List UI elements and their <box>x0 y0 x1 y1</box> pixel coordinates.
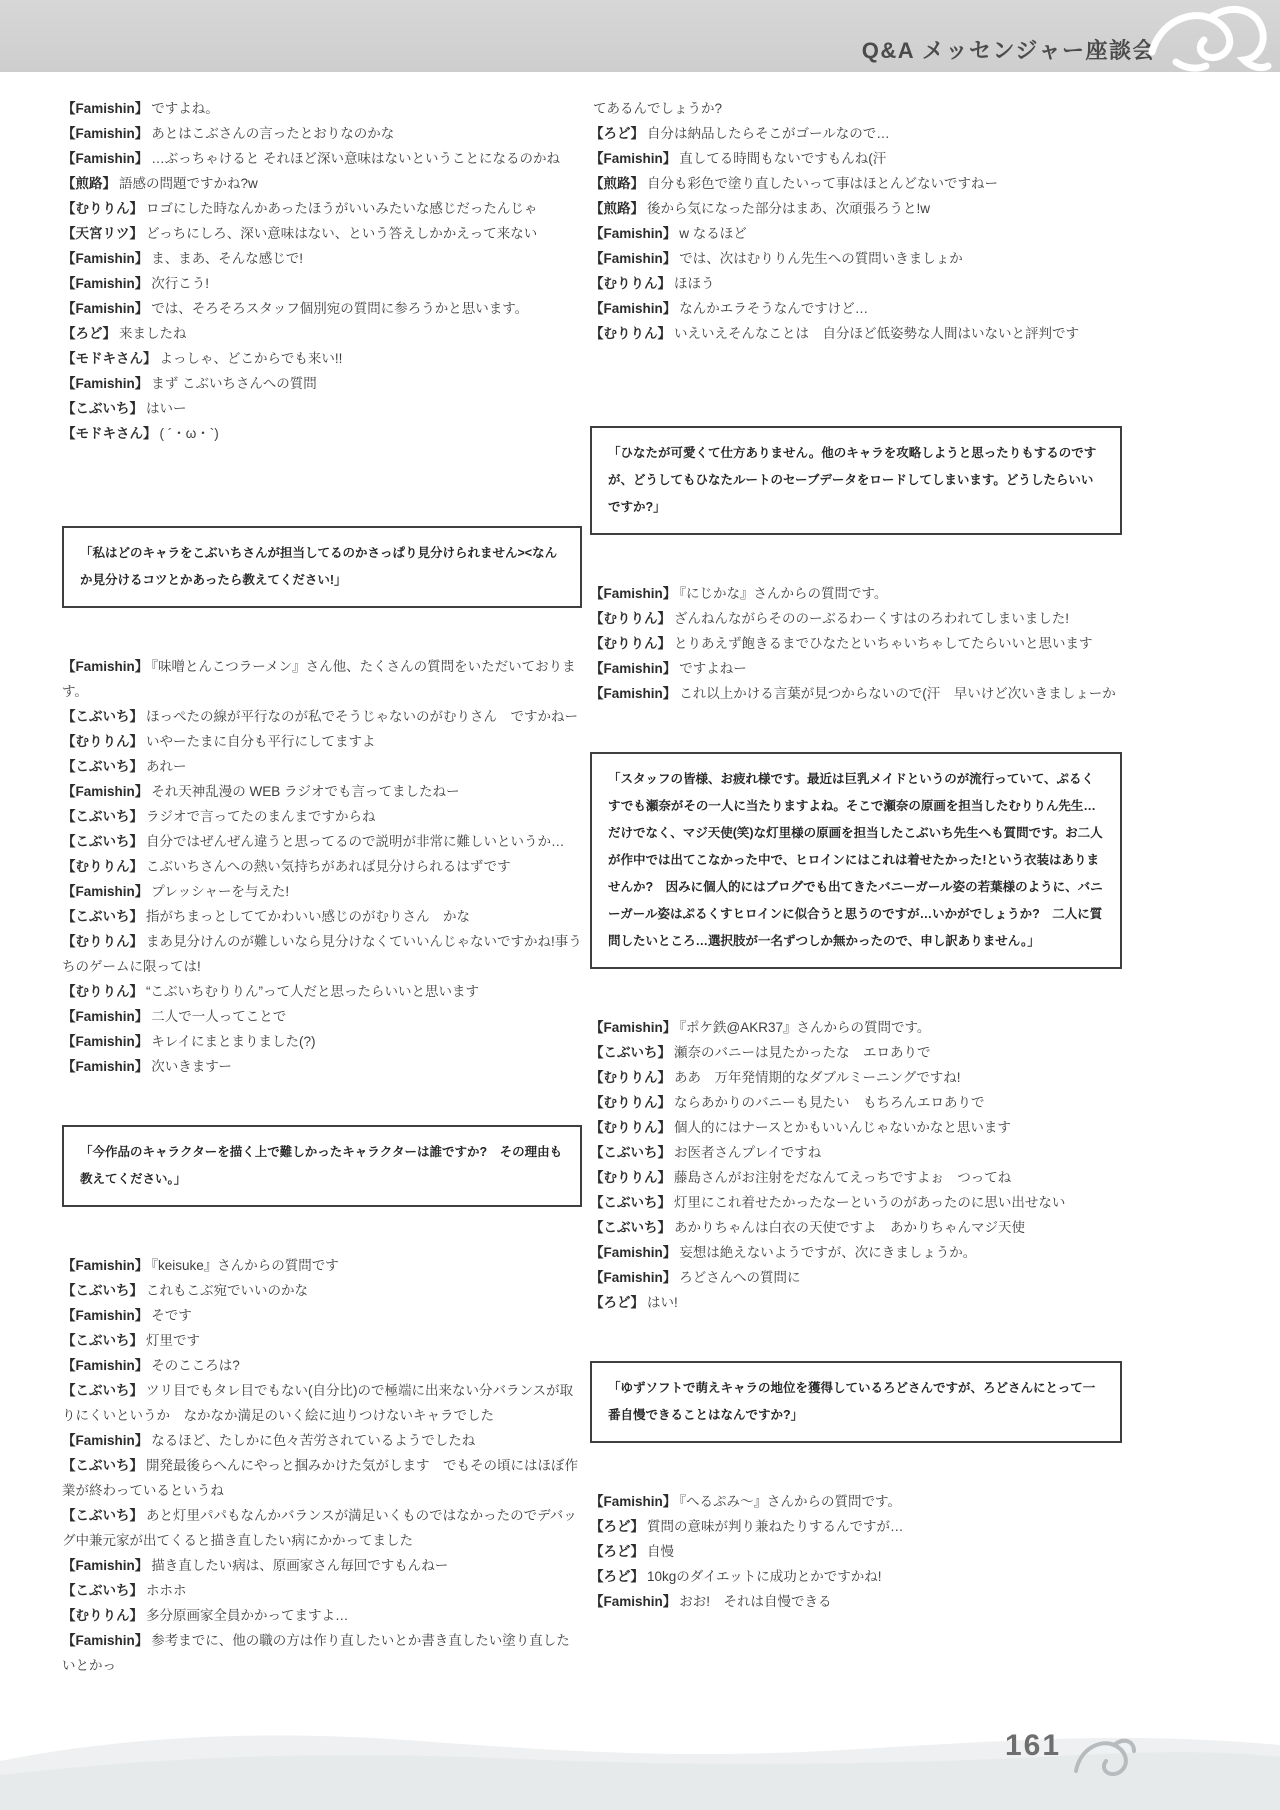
dialogue-line: 【こぶいち】ラジオで言ってたのまんまですからね <box>62 804 582 829</box>
speaker-name: 【Famishin】 <box>62 1308 148 1323</box>
dialogue-line: 【Famishin】『味噌とんこつラーメン』さん他、たくさんの質問をいただいてお… <box>62 654 582 704</box>
transcript-column-right: てあるんでしょうか?【ろど】自分は納品したらそこがゴールなので…【Famishi… <box>590 96 1122 1614</box>
dialogue-line: 【Famishin】次いきますー <box>62 1054 582 1079</box>
dialogue-line: 【むりりん】“こぶいちむりりん”って人だと思ったらいいと思います <box>62 979 582 1004</box>
dialogue-line: 【Famishin】なるほど、たしかに色々苦労されているようでしたね <box>62 1428 582 1453</box>
dialogue-line: 【ろど】質問の意味が判り兼ねたりするんですが… <box>590 1514 1122 1539</box>
dialogue-line: 【むりりん】とりあえず飽きるまでひなたといちゃいちゃしてたらいいと思います <box>590 631 1122 656</box>
dialogue-line: 【むりりん】ほほう <box>590 271 1122 296</box>
speaker-name: 【ろど】 <box>590 1519 644 1534</box>
utterance-text: ですよねー <box>679 661 747 676</box>
utterance-text: 二人で一人ってことで <box>151 1009 286 1024</box>
dialogue-line: 【こぶいち】ホホホ <box>62 1578 582 1603</box>
speaker-name: 【Famishin】 <box>62 276 148 291</box>
speaker-name: 【Famishin】 <box>590 226 676 241</box>
utterance-text: てあるんでしょうか? <box>593 101 722 116</box>
speaker-name: 【Famishin】 <box>590 1270 676 1285</box>
speaker-name: 【こぶいち】 <box>590 1045 671 1060</box>
utterance-text: おお! それは自慢できる <box>679 1594 831 1609</box>
dialogue-line: 【ろど】はい! <box>590 1290 1122 1315</box>
utterance-text: 指がちまっとしててかわいい感じのがむりさん かな <box>146 909 470 924</box>
speaker-name: 【Famishin】 <box>62 1059 148 1074</box>
dialogue-line: 【Famishin】ですよね。 <box>62 96 582 121</box>
dialogue-line: 【ろど】自分は納品したらそこがゴールなので… <box>590 121 1122 146</box>
utterance-text: 妄想は絶えないようですが、次にきましょうか。 <box>679 1245 976 1260</box>
dialogue-line: 【こぶいち】あれー <box>62 754 582 779</box>
utterance-text: 藤島さんがお注射をだなんてえっちですよぉ つってね <box>674 1170 1011 1185</box>
reader-question-box: 「ゆずソフトで萌えキャラの地位を獲得しているろどさんですが、ろどさんにとって一番… <box>590 1361 1122 1443</box>
dialogue-line: 【Famishin】ま、まあ、そんな感じで! <box>62 246 582 271</box>
dialogue-line: 【Famishin】妄想は絶えないようですが、次にきましょうか。 <box>590 1240 1122 1265</box>
reader-question-text: 「今作品のキャラクターを描く上で難しかったキャラクターは誰ですか? その理由も教… <box>80 1139 564 1193</box>
dialogue-line: 【むりりん】ならあかりのバニーも見たい もちろんエロありで <box>590 1090 1122 1115</box>
speaker-name: 【Famishin】 <box>590 151 676 166</box>
utterance-text: とりあえず飽きるまでひなたといちゃいちゃしてたらいいと思います <box>674 636 1093 651</box>
reader-question-box: 「ひなたが可愛くて仕方ありません。他のキャラを攻略しようと思ったりもするのですが… <box>590 426 1122 535</box>
utterance-text: ああ 万年発情期的なダブルミーニングですね! <box>674 1070 960 1085</box>
utterance-text: あれー <box>146 759 187 774</box>
utterance-text: なるほど、たしかに色々苦労されているようでしたね <box>151 1433 475 1448</box>
utterance-text: あかりちゃんは白衣の天使ですよ あかりちゃんマジ天使 <box>674 1220 1025 1235</box>
speaker-name: 【煎路】 <box>590 201 644 216</box>
utterance-text: それ天神乱漫の WEB ラジオでも言ってましたねー <box>151 784 459 799</box>
dialogue-line: 【こぶいち】灯里にこれ着せたかったなーというのがあったのに思い出せない <box>590 1190 1122 1215</box>
utterance-text: ですよね。 <box>151 101 219 116</box>
dialogue-line: 【Famishin】では、そろそろスタッフ個別宛の質問に参ろうかと思います。 <box>62 296 582 321</box>
speaker-name: 【むりりん】 <box>590 276 671 291</box>
speaker-name: 【ろど】 <box>590 126 644 141</box>
speaker-name: 【Famishin】 <box>62 101 148 116</box>
speaker-name: 【Famishin】 <box>62 1009 148 1024</box>
dialogue-line: 【こぶいち】ツリ目でもタレ目でもない(自分比)ので極端に出来ない分バランスが取り… <box>62 1378 582 1428</box>
utterance-text: 後から気になった部分はまあ、次頑張ろうと!w <box>647 201 930 216</box>
dialogue-line: 【むりりん】ロゴにした時なんかあったほうがいいみたいな感じだったんじゃ <box>62 196 582 221</box>
dialogue-line: 【Famishin】キレイにまとまりました(?) <box>62 1029 582 1054</box>
speaker-name: 【こぶいち】 <box>62 1333 143 1348</box>
utterance-text: プレッシャーを与えた! <box>151 884 289 899</box>
speaker-name: 【こぶいち】 <box>62 1583 143 1598</box>
utterance-text: 『keisuke』さんからの質問です <box>151 1258 339 1273</box>
speaker-name: 【Famishin】 <box>590 661 676 676</box>
dialogue-line: 【Famishin】描き直したい病は、原画家さん毎回ですもんねー <box>62 1553 582 1578</box>
dialogue-continuation: てあるんでしょうか? <box>590 96 1122 121</box>
speaker-name: 【こぶいち】 <box>62 1383 143 1398</box>
dialogue-line: 【Famishin】そのこころは? <box>62 1353 582 1378</box>
reader-question-text: 「ひなたが可愛くて仕方ありません。他のキャラを攻略しようと思ったりもするのですが… <box>608 440 1104 521</box>
speaker-name: 【ろど】 <box>62 326 116 341</box>
dialogue-line: 【Famishin】w なるほど <box>590 221 1122 246</box>
reader-question-text: 「ゆずソフトで萌えキャラの地位を獲得しているろどさんですが、ろどさんにとって一番… <box>608 1375 1104 1429</box>
utterance-text: あとはこぶさんの言ったとおりなのかな <box>151 126 394 141</box>
utterance-text: ろどさんへの質問に <box>679 1270 800 1285</box>
speaker-name: 【むりりん】 <box>62 734 143 749</box>
speaker-name: 【Famishin】 <box>590 251 676 266</box>
utterance-text: …ぶっちゃけると それほど深い意味はないということになるのかね <box>151 151 560 166</box>
dialogue-line: 【こぶいち】はいー <box>62 396 582 421</box>
utterance-text: はいー <box>146 401 187 416</box>
dialogue-line: 【こぶいち】これもこぶ宛でいいのかな <box>62 1278 582 1303</box>
dialogue-line: 【Famishin】おお! それは自慢できる <box>590 1589 1122 1614</box>
lace-flourish-icon <box>1072 1731 1136 1783</box>
dialogue-line: 【Famishin】これ以上かける言葉が見つからないので(汗 早いけど次いきまし… <box>590 681 1122 706</box>
dialogue-line: 【Famishin】ろどさんへの質問に <box>590 1265 1122 1290</box>
speaker-name: 【むりりん】 <box>590 1070 671 1085</box>
dialogue-line: 【Famishin】…ぶっちゃけると それほど深い意味はないということになるのか… <box>62 146 582 171</box>
speaker-name: 【こぶいち】 <box>62 709 143 724</box>
speaker-name: 【Famishin】 <box>62 1358 148 1373</box>
dialogue-line: 【Famishin】直してる時間もないですもんね(汗 <box>590 146 1122 171</box>
dialogue-line: 【こぶいち】瀬奈のバニーは見たかったな エロありで <box>590 1040 1122 1065</box>
speaker-name: 【ろど】 <box>590 1544 644 1559</box>
reader-question-text: 「スタッフの皆様、お疲れ様です。最近は巨乳メイドというのが流行っていて、ぷるくす… <box>608 766 1104 955</box>
speaker-name: 【Famishin】 <box>590 1494 676 1509</box>
utterance-text: 来ましたね <box>119 326 187 341</box>
utterance-text: そのこころは? <box>151 1358 240 1373</box>
utterance-text: 次いきますー <box>151 1059 232 1074</box>
utterance-text: 次行こう! <box>151 276 209 291</box>
dialogue-line: 【むりりん】いえいえそんなことは 自分ほど低姿勢な人間はいないと評判です <box>590 321 1122 346</box>
utterance-text: では、次はむりりん先生への質問いきましょか <box>679 251 963 266</box>
dialogue-line: 【煎路】後から気になった部分はまあ、次頑張ろうと!w <box>590 196 1122 221</box>
speaker-name: 【むりりん】 <box>62 934 143 949</box>
dialogue-line: 【むりりん】藤島さんがお注射をだなんてえっちですよぉ つってね <box>590 1165 1122 1190</box>
utterance-text: 自分ではぜんぜん違うと思ってるので説明が非常に難しいというか… <box>146 834 565 849</box>
speaker-name: 【Famishin】 <box>62 1258 148 1273</box>
dialogue-line: 【むりりん】ざんねんながらそののーぶるわーくすはのろわれてしまいました! <box>590 606 1122 631</box>
dialogue-line: 【こぶいち】お医者さんプレイですね <box>590 1140 1122 1165</box>
speaker-name: 【モドキさん】 <box>62 351 157 366</box>
dialogue-line: 【こぶいち】あかりちゃんは白衣の天使ですよ あかりちゃんマジ天使 <box>590 1215 1122 1240</box>
dialogue-line: 【Famishin】まず こぶいちさんへの質問 <box>62 371 582 396</box>
speaker-name: 【こぶいち】 <box>62 759 143 774</box>
speaker-name: 【Famishin】 <box>62 659 148 674</box>
speaker-name: 【むりりん】 <box>62 201 143 216</box>
dialogue-line: 【こぶいち】灯里です <box>62 1328 582 1353</box>
dialogue-line: 【ろど】来ましたね <box>62 321 582 346</box>
reader-question-box: 「スタッフの皆様、お疲れ様です。最近は巨乳メイドというのが流行っていて、ぷるくす… <box>590 752 1122 969</box>
speaker-name: 【こぶいち】 <box>62 834 143 849</box>
dialogue-line: 【むりりん】いやーたまに自分も平行にしてますよ <box>62 729 582 754</box>
speaker-name: 【Famishin】 <box>590 686 676 701</box>
dialogue-line: 【Famishin】プレッシャーを与えた! <box>62 879 582 904</box>
utterance-text: これ以上かける言葉が見つからないので(汗 早いけど次いきましょーか <box>679 686 1116 701</box>
utterance-text: ざんねんながらそののーぶるわーくすはのろわれてしまいました! <box>674 611 1069 626</box>
utterance-text: 多分原画家全員かかってますよ… <box>146 1608 349 1623</box>
utterance-text: では、そろそろスタッフ個別宛の質問に参ろうかと思います。 <box>151 301 528 316</box>
dialogue-line: 【モドキさん】( ´・ω・`) <box>62 421 582 446</box>
utterance-text: ロゴにした時なんかあったほうがいいみたいな感じだったんじゃ <box>146 201 537 216</box>
dialogue-line: 【Famishin】『へるぷみ〜』さんからの質問です。 <box>590 1489 1122 1514</box>
dialogue-line: 【Famishin】なんかエラそうなんですけど… <box>590 296 1122 321</box>
speaker-name: 【Famishin】 <box>590 586 676 601</box>
speaker-name: 【Famishin】 <box>590 301 676 316</box>
dialogue-line: 【Famishin】『にじかな』さんからの質問です。 <box>590 581 1122 606</box>
speaker-name: 【Famishin】 <box>62 884 148 899</box>
speaker-name: 【ろど】 <box>590 1569 644 1584</box>
speaker-name: 【Famishin】 <box>62 784 148 799</box>
utterance-text: ホホホ <box>146 1583 187 1598</box>
dialogue-line: 【こぶいち】指がちまっとしててかわいい感じのがむりさん かな <box>62 904 582 929</box>
utterance-text: 個人的にはナースとかもいいんじゃないかなと思います <box>674 1120 1011 1135</box>
speaker-name: 【Famishin】 <box>62 1633 148 1648</box>
dialogue-line: 【Famishin】『ポケ鉄@AKR37』さんからの質問です。 <box>590 1015 1122 1040</box>
page-number: 161 <box>1005 1729 1061 1763</box>
utterance-text: こぶいちさんへの熱い気持ちがあれば見分けられるはずです <box>146 859 511 874</box>
dialogue-line: 【Famishin】ですよねー <box>590 656 1122 681</box>
speaker-name: 【むりりん】 <box>590 326 671 341</box>
dialogue-line: 【こぶいち】開発最後らへんにやっと掴みかけた気がします でもその頃にはほぼ作業が… <box>62 1453 582 1503</box>
utterance-text: 自慢 <box>647 1544 674 1559</box>
speaker-name: 【煎路】 <box>590 176 644 191</box>
speaker-name: 【むりりん】 <box>62 1608 143 1623</box>
dialogue-line: 【Famishin】参考までに、他の職の方は作り直したいとか書き直したい塗り直し… <box>62 1628 582 1678</box>
utterance-text: ( ´・ω・`) <box>160 426 219 441</box>
speaker-name: 【こぶいち】 <box>62 1458 143 1473</box>
speaker-name: 【こぶいち】 <box>62 401 143 416</box>
speaker-name: 【むりりん】 <box>590 1170 671 1185</box>
dialogue-line: 【むりりん】こぶいちさんへの熱い気持ちがあれば見分けられるはずです <box>62 854 582 879</box>
speaker-name: 【こぶいち】 <box>62 809 143 824</box>
dialogue-line: 【むりりん】個人的にはナースとかもいいんじゃないかなと思います <box>590 1115 1122 1140</box>
speaker-name: 【むりりん】 <box>62 984 143 999</box>
dialogue-line: 【煎路】自分も彩色で塗り直したいって事はほとんどないですねー <box>590 171 1122 196</box>
speaker-name: 【Famishin】 <box>62 1433 148 1448</box>
utterance-text: いえいえそんなことは 自分ほど低姿勢な人間はいないと評判です <box>674 326 1079 341</box>
utterance-text: いやーたまに自分も平行にしてますよ <box>146 734 376 749</box>
utterance-text: 描き直したい病は、原画家さん毎回ですもんねー <box>151 1558 448 1573</box>
utterance-text: w なるほど <box>679 226 747 241</box>
speaker-name: 【Famishin】 <box>62 151 148 166</box>
dialogue-line: 【Famishin】二人で一人ってことで <box>62 1004 582 1029</box>
speaker-name: 【Famishin】 <box>590 1020 676 1035</box>
dialogue-line: 【Famishin】あとはこぶさんの言ったとおりなのかな <box>62 121 582 146</box>
lace-flourish-icon <box>1146 2 1274 76</box>
speaker-name: 【ろど】 <box>590 1295 644 1310</box>
utterance-text: 『へるぷみ〜』さんからの質問です。 <box>679 1494 901 1509</box>
utterance-text: 自分は納品したらそこがゴールなので… <box>647 126 890 141</box>
transcript-column-left: 【Famishin】ですよね。【Famishin】あとはこぶさんの言ったとおりな… <box>62 96 582 1678</box>
utterance-text: そです <box>151 1308 192 1323</box>
utterance-text: 10kgのダイエットに成功とかですかね! <box>647 1569 881 1584</box>
utterance-text: ラジオで言ってたのまんまですからね <box>146 809 376 824</box>
speaker-name: 【こぶいち】 <box>62 909 143 924</box>
speaker-name: 【むりりん】 <box>590 1120 671 1135</box>
reader-question-text: 「私はどのキャラをこぶいちさんが担当してるのかさっぱり見分けられません><なんか… <box>80 540 564 594</box>
dialogue-line: 【ろど】10kgのダイエットに成功とかですかね! <box>590 1564 1122 1589</box>
speaker-name: 【むりりん】 <box>62 859 143 874</box>
speaker-name: 【煎路】 <box>62 176 116 191</box>
utterance-text: よっしゃ、どこからでも来い!! <box>160 351 343 366</box>
speaker-name: 【Famishin】 <box>590 1245 676 1260</box>
speaker-name: 【Famishin】 <box>62 301 148 316</box>
reader-question-box: 「今作品のキャラクターを描く上で難しかったキャラクターは誰ですか? その理由も教… <box>62 1125 582 1207</box>
dialogue-line: 【Famishin】そです <box>62 1303 582 1328</box>
speaker-name: 【Famishin】 <box>62 1034 148 1049</box>
speaker-name: 【むりりん】 <box>590 636 671 651</box>
speaker-name: 【こぶいち】 <box>590 1145 671 1160</box>
dialogue-line: 【むりりん】ああ 万年発情期的なダブルミーニングですね! <box>590 1065 1122 1090</box>
speaker-name: 【天宮リツ】 <box>62 226 143 241</box>
utterance-text: なんかエラそうなんですけど… <box>679 301 868 316</box>
utterance-text: はい! <box>647 1295 678 1310</box>
utterance-text: お医者さんプレイですね <box>674 1145 821 1160</box>
utterance-text: 質問の意味が判り兼ねたりするんですが… <box>647 1519 904 1534</box>
dialogue-line: 【こぶいち】自分ではぜんぜん違うと思ってるので説明が非常に難しいというか… <box>62 829 582 854</box>
speaker-name: 【Famishin】 <box>62 251 148 266</box>
utterance-text: どっちにしろ、深い意味はない、という答えしかかえって来ない <box>146 226 537 241</box>
utterance-text: 直してる時間もないですもんね(汗 <box>679 151 886 166</box>
page-header: Q&A メッセンジャー座談会 <box>0 0 1280 72</box>
speaker-name: 【Famishin】 <box>62 1558 148 1573</box>
utterance-text: 『ポケ鉄@AKR37』さんからの質問です。 <box>679 1020 930 1035</box>
dialogue-line: 【Famishin】では、次はむりりん先生への質問いきましょか <box>590 246 1122 271</box>
dialogue-line: 【Famishin】次行こう! <box>62 271 582 296</box>
dialogue-line: 【ろど】自慢 <box>590 1539 1122 1564</box>
speaker-name: 【むりりん】 <box>590 611 671 626</box>
dialogue-line: 【Famishin】それ天神乱漫の WEB ラジオでも言ってましたねー <box>62 779 582 804</box>
dialogue-line: 【こぶいち】あと灯里パパもなんかバランスが満足いくものではなかったのでデバッグ中… <box>62 1503 582 1553</box>
utterance-text: これもこぶ宛でいいのかな <box>146 1283 308 1298</box>
speaker-name: 【むりりん】 <box>590 1095 671 1110</box>
speaker-name: 【Famishin】 <box>590 1594 676 1609</box>
dialogue-line: 【Famishin】『keisuke』さんからの質問です <box>62 1253 582 1278</box>
utterance-text: ほっぺたの線が平行なのが私でそうじゃないのがむりさん ですかねー <box>146 709 578 724</box>
dialogue-line: 【むりりん】多分原画家全員かかってますよ… <box>62 1603 582 1628</box>
speaker-name: 【モドキさん】 <box>62 426 157 441</box>
utterance-text: 灯里です <box>146 1333 200 1348</box>
dialogue-line: 【天宮リツ】どっちにしろ、深い意味はない、という答えしかかえって来ない <box>62 221 582 246</box>
dialogue-line: 【むりりん】まあ見分けんのが難しいなら見分けなくていいんじゃないですかね!事うち… <box>62 929 582 979</box>
utterance-text: ならあかりのバニーも見たい もちろんエロありで <box>674 1095 985 1110</box>
speaker-name: 【こぶいち】 <box>62 1508 143 1523</box>
utterance-text: 語感の問題ですかね?w <box>119 176 258 191</box>
utterance-text: 瀬奈のバニーは見たかったな エロありで <box>674 1045 931 1060</box>
dialogue-line: 【煎路】語感の問題ですかね?w <box>62 171 582 196</box>
utterance-text: 『にじかな』さんからの質問です。 <box>679 586 887 601</box>
page-title: Q&A メッセンジャー座談会 <box>862 34 1156 65</box>
utterance-text: ま、まあ、そんな感じで! <box>151 251 303 266</box>
utterance-text: “こぶいちむりりん”って人だと思ったらいいと思います <box>146 984 479 999</box>
speaker-name: 【Famishin】 <box>62 126 148 141</box>
utterance-text: まず こぶいちさんへの質問 <box>151 376 316 391</box>
utterance-text: ほほう <box>674 276 715 291</box>
speaker-name: 【こぶいち】 <box>590 1220 671 1235</box>
utterance-text: 灯里にこれ着せたかったなーというのがあったのに思い出せない <box>674 1195 1065 1210</box>
dialogue-line: 【こぶいち】ほっぺたの線が平行なのが私でそうじゃないのがむりさん ですかねー <box>62 704 582 729</box>
speaker-name: 【こぶいち】 <box>62 1283 143 1298</box>
speaker-name: 【Famishin】 <box>62 376 148 391</box>
utterance-text: 自分も彩色で塗り直したいって事はほとんどないですねー <box>647 176 998 191</box>
reader-question-box: 「私はどのキャラをこぶいちさんが担当してるのかさっぱり見分けられません><なんか… <box>62 526 582 608</box>
utterance-text: キレイにまとまりました(?) <box>151 1034 315 1049</box>
speaker-name: 【こぶいち】 <box>590 1195 671 1210</box>
dialogue-line: 【モドキさん】よっしゃ、どこからでも来い!! <box>62 346 582 371</box>
